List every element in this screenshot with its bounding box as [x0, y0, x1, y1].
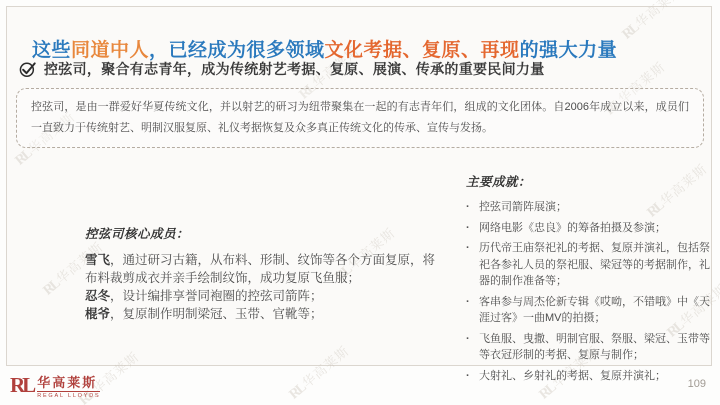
achievements-list: ·控弦司箭阵展演； ·网络电影《忠良》的筹备拍摄及参演； ·历代帝王庙祭祀礼的考… [466, 199, 712, 384]
achievement-item: ·控弦司箭阵展演； [466, 199, 712, 216]
logo-text: 华高莱斯 REGAL LLOYDS [37, 376, 100, 400]
member-name: 棍爷 [85, 307, 110, 321]
page-number: 109 [688, 378, 706, 390]
logo-cn-text: 华高莱斯 [37, 376, 100, 392]
achievement-text: 控弦司箭阵展演； [479, 201, 567, 213]
intro-box: 控弦司，是由一群爱好华夏传统文化，并以射艺的研习为纽带聚集在一起的有志青年们，组… [16, 88, 704, 148]
member-desc: ，复原制作明制梁冠、玉带、官靴等； [110, 307, 323, 321]
achievement-item: ·历代帝王庙祭祀礼的考据、复原并演礼，包括祭祀各参礼人员的祭祀服、梁冠等的考据制… [466, 240, 712, 290]
members-heading: 控弦司核心成员： [85, 224, 437, 242]
bullet-dot: · [466, 331, 470, 348]
achievement-text: 大射礼、乡射礼的考据、复原并演礼； [479, 370, 666, 382]
achievements-section: 主要成就： ·控弦司箭阵展演； ·网络电影《忠良》的筹备拍摄及参演； ·历代帝王… [466, 172, 712, 388]
subtitle-row: 控弦司，聚合有志青年，成为传统射艺考据、复原、展演、传承的重要民间力量 [19, 59, 545, 79]
member-row: 棍爷，复原制作明制梁冠、玉带、官靴等； [85, 305, 437, 323]
member-name: 雪飞 [85, 253, 110, 267]
achievement-item: ·客串参与周杰伦新专辑《哎呦，不错哦》中《天涯过客》一曲MV的拍摄； [466, 294, 712, 327]
title-segment: 这些 [32, 40, 71, 61]
slide: { "colors": { "accent_blue": "#2a79bd", … [0, 0, 720, 405]
member-name: 忍冬 [85, 289, 110, 303]
check-circle-icon [19, 60, 37, 78]
logo-en-text: REGAL LLOYDS [37, 393, 100, 400]
achievement-text: 网络电影《忠良》的筹备拍摄及参演； [479, 222, 666, 234]
watermark-mark: RL [287, 381, 308, 402]
member-desc: ，通过研习古籍，从布料、形制、纹饰等各个方面复原，将布料裁剪成衣并亲手绘制纹饰，… [85, 253, 435, 285]
achievement-text: 飞鱼服、曳撒、明制官服、祭服、梁冠、玉带等等衣冠形制的考据、复原与制作； [479, 333, 710, 362]
intro-text: 控弦司，是由一群爱好华夏传统文化，并以射艺的研习为纽带聚集在一起的有志青年们，组… [31, 97, 689, 139]
bullet-dot: · [466, 199, 470, 216]
bullet-dot: · [466, 240, 470, 257]
member-desc: ，设计编排享誉同袍圈的控弦司箭阵； [110, 289, 323, 303]
title-segment: 文化考据、复原、再现 [325, 40, 520, 61]
achievements-heading: 主要成就： [466, 172, 712, 190]
footer-logo: RL 华高莱斯 REGAL LLOYDS [10, 376, 100, 400]
title-segment: ，已经成为很多领域 [149, 40, 325, 61]
title-segment: 同道中人 [71, 40, 149, 61]
achievement-item: ·网络电影《忠良》的筹备拍摄及参演； [466, 220, 712, 237]
logo-mark: RL [10, 376, 33, 395]
member-row: 雪飞，通过研习古籍，从布料、形制、纹饰等各个方面复原，将布料裁剪成衣并亲手绘制纹… [85, 251, 437, 287]
bullet-dot: · [466, 294, 470, 311]
bullet-dot: · [466, 220, 470, 237]
achievement-item: ·大射礼、乡射礼的考据、复原并演礼； [466, 368, 712, 385]
bullet-dot: · [466, 368, 470, 385]
page-title: 这些同道中人，已经成为很多领域文化考据、复原、再现的强大力量 [32, 35, 617, 62]
member-row: 忍冬，设计编排享誉同袍圈的控弦司箭阵； [85, 287, 437, 305]
achievement-text: 历代帝王庙祭祀礼的考据、复原并演礼，包括祭祀各参礼人员的祭祀服、梁冠等的考据制作… [479, 242, 710, 287]
subtitle-text: 控弦司，聚合有志青年，成为传统射艺考据、复原、展演、传承的重要民间力量 [44, 59, 545, 79]
achievement-text: 客串参与周杰伦新专辑《哎呦，不错哦》中《天涯过客》一曲MV的拍摄； [479, 296, 710, 325]
members-section: 控弦司核心成员： 雪飞，通过研习古籍，从布料、形制、纹饰等各个方面复原，将布料裁… [85, 224, 437, 323]
achievement-item: ·飞鱼服、曳撒、明制官服、祭服、梁冠、玉带等等衣冠形制的考据、复原与制作； [466, 331, 712, 364]
title-segment: 的强大力量 [520, 40, 618, 61]
